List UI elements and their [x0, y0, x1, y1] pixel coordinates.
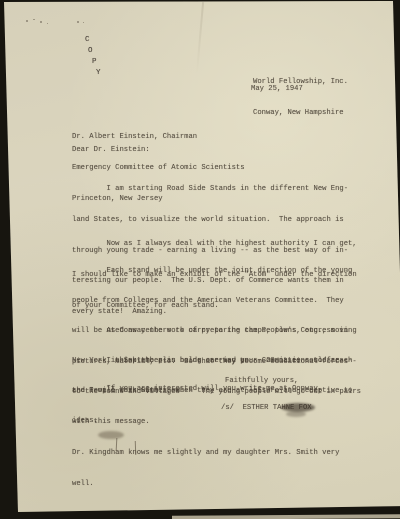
copy-mark-o: O: [88, 47, 93, 55]
org-location: Conway, New Hampshire: [253, 108, 348, 118]
ink-smudge-signature-2: [286, 411, 306, 417]
copy-mark-c: C: [85, 36, 90, 44]
postscript: Dr. Kingdham knows me slightly and my da…: [72, 428, 339, 510]
recipient-name: Dr. Albert Einstein, Chairman: [72, 132, 245, 142]
letter-line: people from Colleges and the American Ve…: [72, 296, 361, 306]
letter-line: At Conway the work of preparing the Peop…: [72, 326, 352, 336]
letter-line: ideas.: [72, 416, 352, 426]
salutation: Dear Dr. Einstein:: [72, 145, 150, 155]
paper-speck: [33, 19, 35, 20]
ink-smudge-postscript: [98, 431, 124, 439]
scanned-letter-photo: C O P Y World Fellowship, Inc. Conway, N…: [0, 0, 400, 519]
paper-speck: [83, 22, 84, 23]
letter-line: I am starting Road Side Stands in the di…: [72, 184, 348, 194]
scan-edge-sliver: [172, 514, 400, 519]
postscript-line: well.: [72, 479, 339, 489]
paper-speck: [47, 23, 48, 24]
postscript-line: Dr. Kingdham knows me slightly and my da…: [72, 448, 339, 458]
paper-speck: [77, 21, 79, 23]
copy-mark-y: Y: [96, 69, 101, 77]
closing: Faithfully yours,: [225, 376, 298, 386]
paper-speck: [26, 20, 28, 22]
letter-date: May 25, 1947: [251, 84, 303, 94]
letter-line: Each stand will be under the joint direc…: [72, 266, 361, 276]
paper-speck: [40, 21, 42, 23]
copy-mark-p: P: [92, 58, 97, 66]
letterhead-org: World Fellowship, Inc. Conway, New Hamps…: [253, 57, 348, 139]
